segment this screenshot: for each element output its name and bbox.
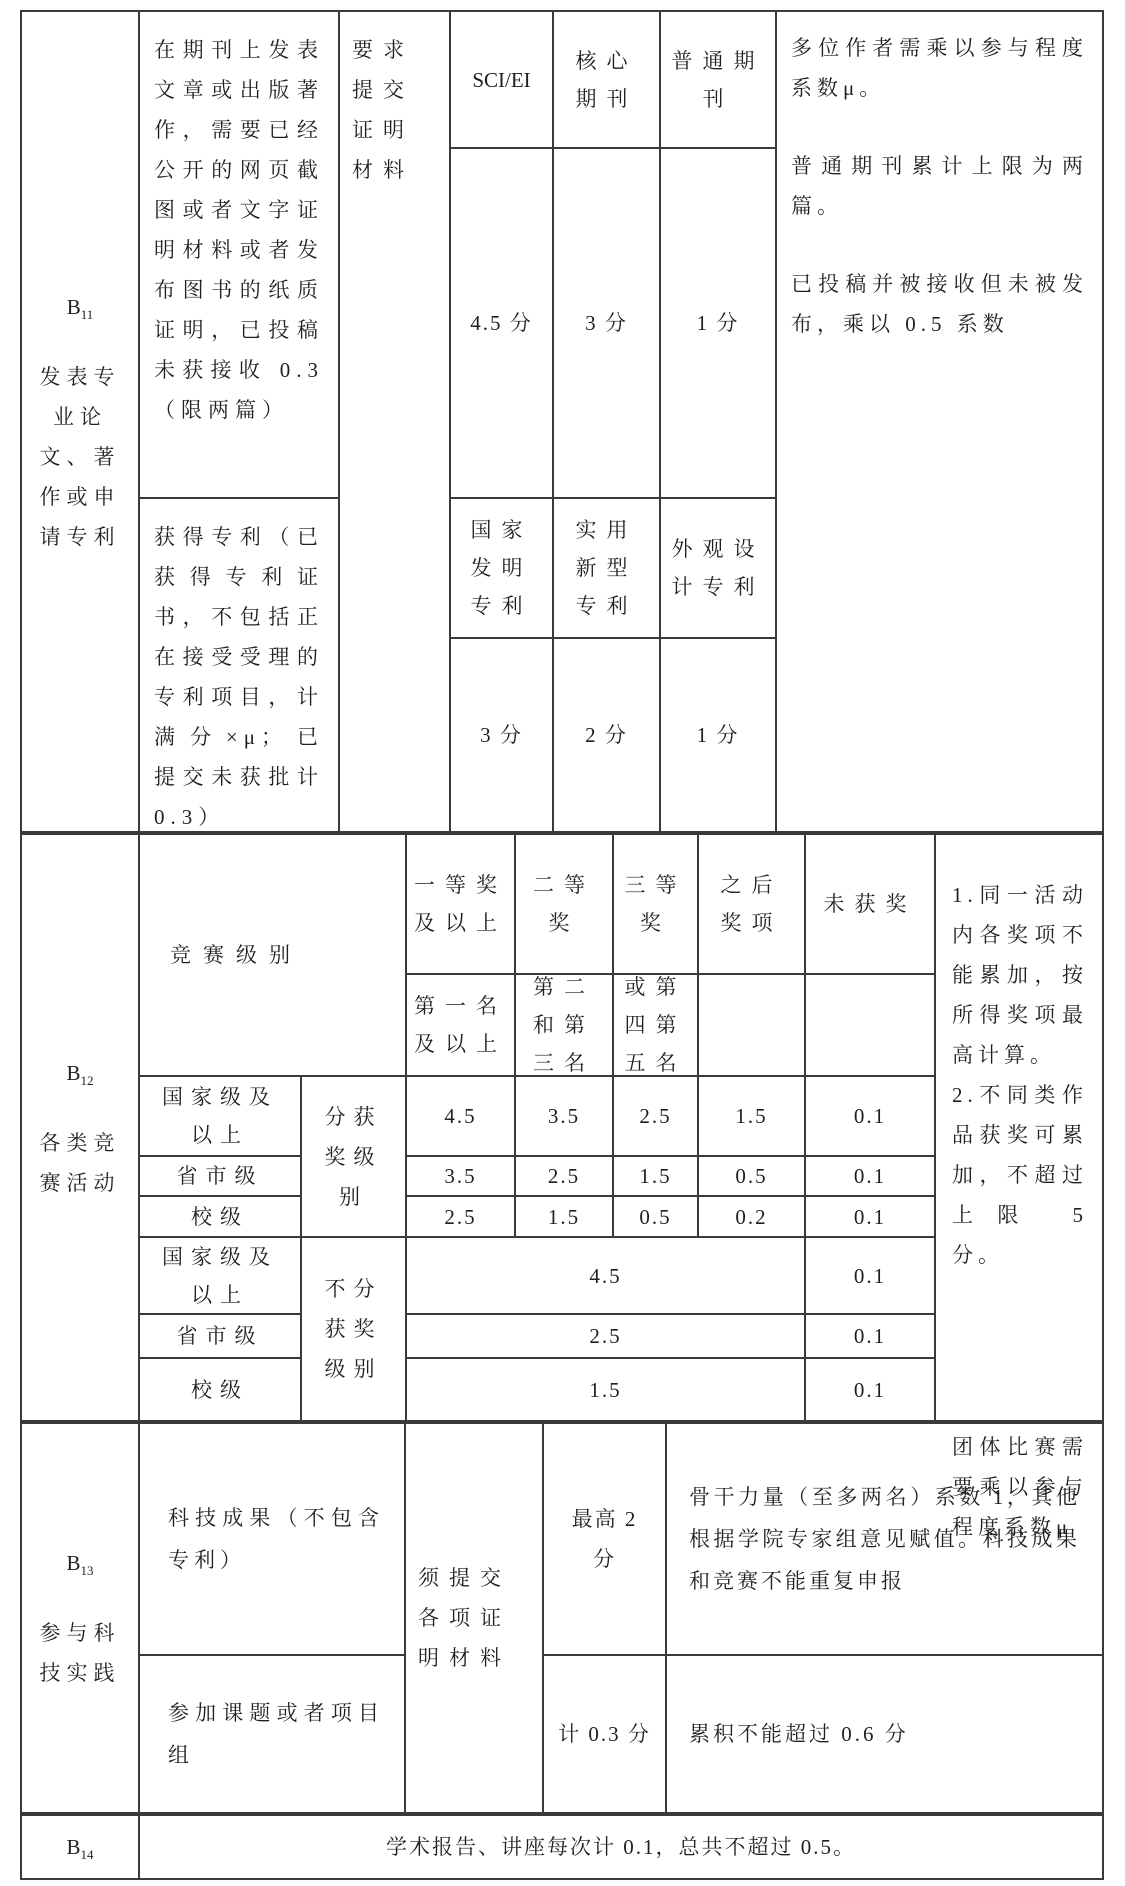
header-sci-ei: SCI/EI	[451, 12, 554, 149]
score-design-patent: 1 分	[661, 639, 777, 831]
header-design-patent: 外观设 计专利	[661, 499, 777, 639]
score-provincial-third: 1.5	[614, 1157, 699, 1197]
header-utility-patent: 实用 新型 专利	[554, 499, 661, 639]
section-b14: B14 学术报告、讲座每次计 0.1，总共不超过 0.5。	[22, 1816, 1102, 1878]
row-id-b14-sub: 14	[81, 1847, 94, 1862]
row-id-b14: B14	[22, 1816, 140, 1878]
score-school-third: 0.5	[614, 1197, 699, 1238]
score-national-first: 4.5	[407, 1077, 516, 1157]
row-title-b12: 各类竞赛活动	[22, 1123, 138, 1203]
score-sci-ei: 4.5 分	[451, 149, 554, 499]
score-national-ungrouped: 4.5	[407, 1238, 806, 1315]
score-provincial-later: 0.5	[699, 1157, 806, 1197]
score-school-ungrouped-none: 0.1	[806, 1359, 936, 1420]
score-provincial-first: 3.5	[407, 1157, 516, 1197]
cell-competition-level-label: 竞赛级别	[140, 835, 407, 1077]
score-core-journal: 3 分	[554, 149, 661, 499]
b11-note-ordinary-limit: 普通期刊累计上限为两篇。	[791, 146, 1088, 226]
cell-b11-journal-desc: 在期刊上发表文章或出版著作，需要已经公开的网页截图或者文字证明材料或者发布图书的…	[140, 12, 340, 499]
score-provincial-ungrouped: 2.5	[407, 1315, 806, 1359]
row-id-b13-base: B	[66, 1551, 80, 1575]
b12-note-different-works: 2.不同类作品获奖可累加，不超过上限 5 分。	[952, 1075, 1088, 1275]
level-national-grouped: 国家级及 以上	[140, 1077, 302, 1157]
score-ordinary-journal: 1 分	[661, 149, 777, 499]
header-third-prize: 三等 奖	[614, 835, 699, 975]
cell-grouped-label: 分获 奖级 别	[302, 1077, 407, 1238]
level-school-ungrouped: 校级	[140, 1359, 302, 1420]
cell-b13-project-note: 累积不能超过 0.6 分	[667, 1656, 1102, 1812]
score-national-ungrouped-none: 0.1	[806, 1238, 936, 1315]
section-b12: B12 各类竞赛活动 竞赛级别 一等奖 及以上 二等 奖 三等 奖 之后 奖项 …	[22, 835, 1102, 1424]
row-id-b13-code: B13	[66, 1543, 93, 1583]
row-id-b14-base: B	[66, 1835, 80, 1859]
section-b11: B11 发表专业论文、著作或申请专利 在期刊上发表文章或出版著作，需要已经公开的…	[22, 12, 1102, 835]
cell-b13-achievement: 科技成果（不包含专利）	[140, 1424, 406, 1656]
section-b13: B13 参与科技实践 科技成果（不包含专利） 须提交各项证明材料 最高 2 分 …	[22, 1424, 1102, 1816]
level-provincial-grouped: 省市级	[140, 1157, 302, 1197]
cell-b11-proof-required: 要求提交证明材料	[340, 12, 451, 831]
cell-b13-project: 参加课题或者项目组	[140, 1656, 406, 1812]
score-national-none: 0.1	[806, 1077, 936, 1157]
score-school-later: 0.2	[699, 1197, 806, 1238]
score-school-first: 2.5	[407, 1197, 516, 1238]
row-id-b11-sub: 11	[81, 307, 94, 322]
score-invention-patent: 3 分	[451, 639, 554, 831]
cell-b11-patent-desc: 获得专利（已获得专利证书，不包括正在接受受理的专利项目，计满分×μ；已提交未获批…	[140, 499, 340, 831]
row-id-b12-code: B12	[66, 1053, 93, 1093]
score-national-third: 2.5	[614, 1077, 699, 1157]
level-provincial-ungrouped: 省市级	[140, 1315, 302, 1359]
score-provincial-second: 2.5	[516, 1157, 614, 1197]
row-title-b13: 参与科技实践	[22, 1613, 138, 1693]
cell-b13-achievement-note: 骨干力量（至多两名）系数 1，其他根据学院专家组意见赋值。科技成果和竞赛不能重复…	[667, 1424, 1102, 1656]
b11-note-accepted: 已投稿并被接收但未被发布，乘以 0.5 系数	[791, 264, 1088, 344]
level-school-grouped: 校级	[140, 1197, 302, 1238]
cell-b14-text: 学术报告、讲座每次计 0.1，总共不超过 0.5。	[140, 1816, 1102, 1878]
header-second-prize: 二等 奖	[516, 835, 614, 975]
score-school-none: 0.1	[806, 1197, 936, 1238]
row-id-b12-base: B	[66, 1061, 80, 1085]
header-later-prize: 之后 奖项	[699, 835, 806, 975]
header-first-prize: 一等奖 及以上	[407, 835, 516, 975]
row-id-b11-code: B11	[67, 287, 94, 327]
cell-ungrouped-label: 不分 获奖 级别	[302, 1238, 407, 1420]
header-first-place: 第一名 及以上	[407, 975, 516, 1077]
header-invention-patent: 国家 发明 专利	[451, 499, 554, 639]
cell-b11-notes: 多位作者需乘以参与程度系数μ。 普通期刊累计上限为两篇。 已投稿并被接收但未被发…	[777, 12, 1102, 831]
score-provincial-none: 0.1	[806, 1157, 936, 1197]
b11-note-authors: 多位作者需乘以参与程度系数μ。	[791, 28, 1088, 108]
header-core-journal: 核心 期刊	[554, 12, 661, 149]
score-national-second: 3.5	[516, 1077, 614, 1157]
row-id-b12: B12 各类竞赛活动	[22, 835, 140, 1420]
score-provincial-ungrouped-none: 0.1	[806, 1315, 936, 1359]
header-fourth-fifth-place: 或第 四第 五名	[614, 975, 699, 1077]
header-no-prize-sub-empty	[806, 975, 936, 1077]
score-rubric-table: B11 发表专业论文、著作或申请专利 在期刊上发表文章或出版著作，需要已经公开的…	[20, 10, 1104, 1880]
b12-note-same-activity: 1.同一活动内各奖项不能累加，按所得奖项最高计算。	[952, 875, 1088, 1075]
score-utility-patent: 2 分	[554, 639, 661, 831]
row-id-b14-code: B14	[66, 1827, 93, 1867]
row-title-b11: 发表专业论文、著作或申请专利	[22, 357, 138, 557]
row-id-b11: B11 发表专业论文、著作或申请专利	[22, 12, 140, 831]
header-no-prize: 未获奖	[806, 835, 936, 975]
cell-b12-notes: 1.同一活动内各奖项不能累加，按所得奖项最高计算。 2.不同类作品获奖可累加，不…	[936, 835, 1102, 1420]
cell-b13-proof-required: 须提交各项证明材料	[406, 1424, 544, 1812]
row-id-b13-sub: 13	[81, 1563, 94, 1578]
score-b13-achievement: 最高 2 分	[544, 1424, 667, 1656]
row-id-b11-base: B	[67, 295, 81, 319]
header-later-prize-sub-empty	[699, 975, 806, 1077]
score-school-second: 1.5	[516, 1197, 614, 1238]
level-national-ungrouped: 国家级及 以上	[140, 1238, 302, 1315]
score-b13-project: 计 0.3 分	[544, 1656, 667, 1812]
row-id-b12-sub: 12	[81, 1073, 94, 1088]
row-id-b13: B13 参与科技实践	[22, 1424, 140, 1812]
score-school-ungrouped: 1.5	[407, 1359, 806, 1420]
score-national-later: 1.5	[699, 1077, 806, 1157]
header-ordinary-journal: 普通期 刊	[661, 12, 777, 149]
header-second-third-place: 第二 和第 三名	[516, 975, 614, 1077]
